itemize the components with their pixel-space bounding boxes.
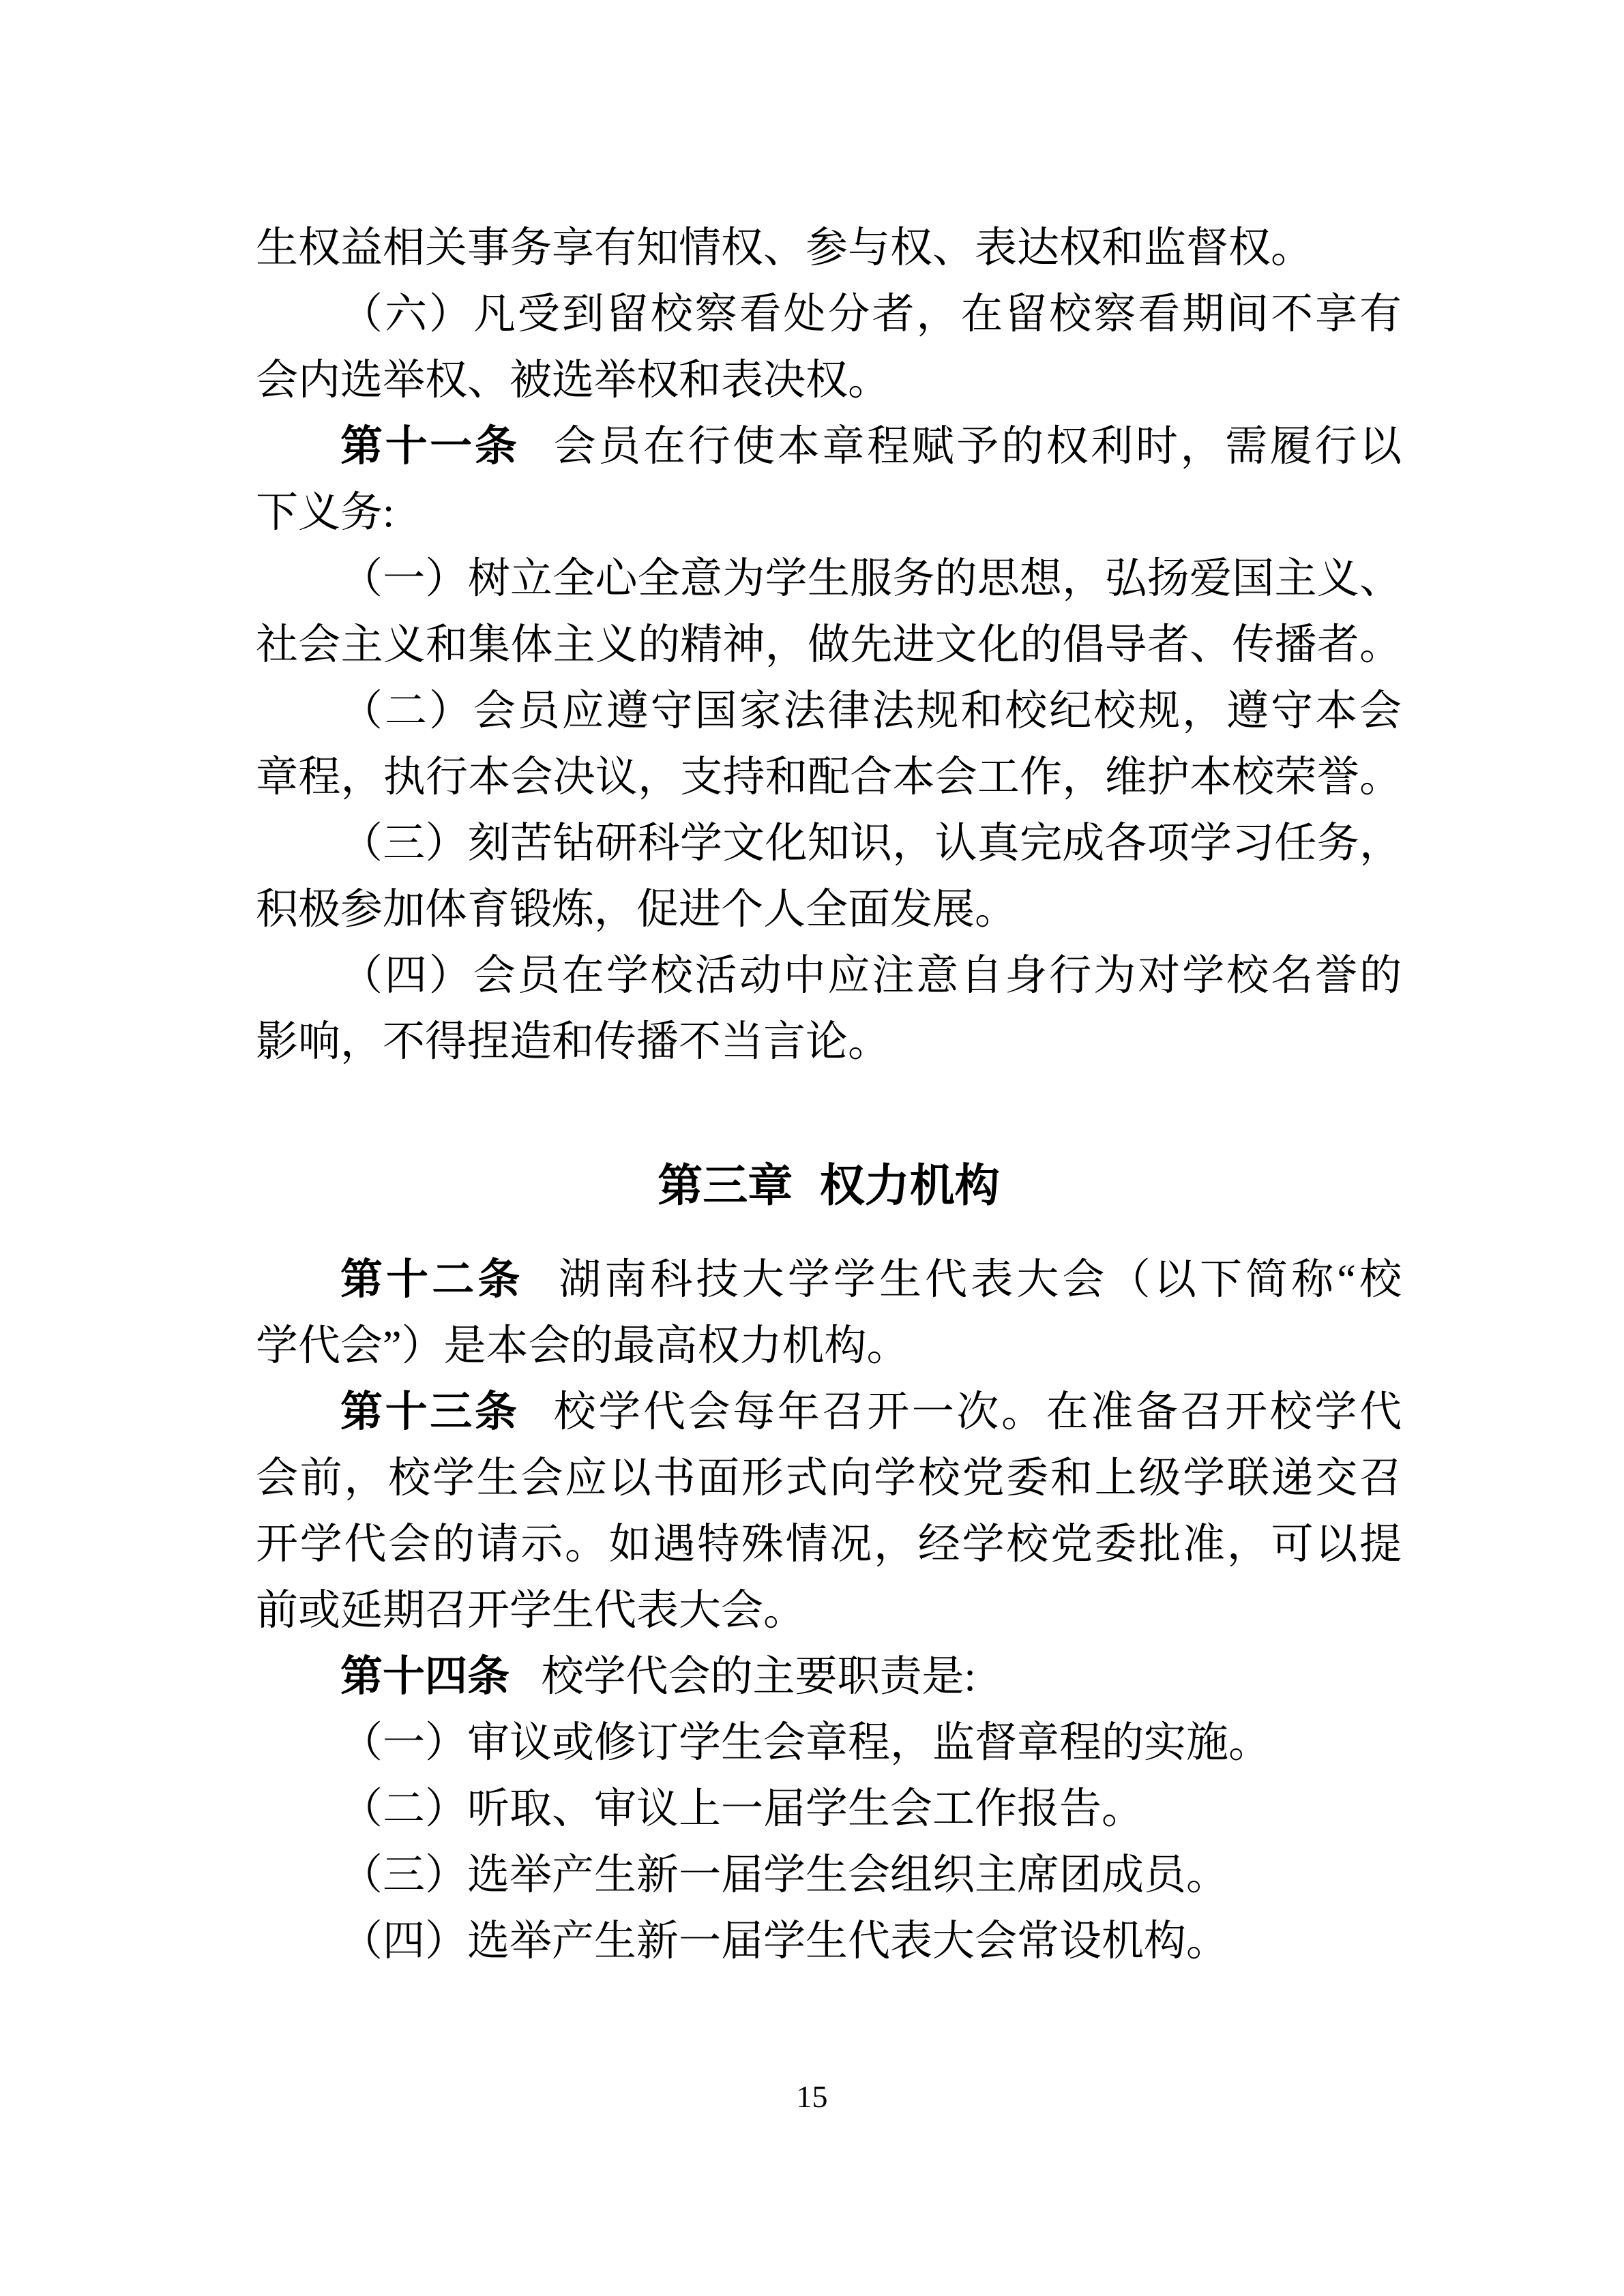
body-line-text: 前或延期召开学生代表大会。	[256, 1587, 806, 1634]
page-number: 15	[0, 2078, 1624, 2115]
body-line-text: （六）凡受到留校察看处分者，在留校察看期间不享有	[340, 291, 1402, 338]
body-line-text: 会前，校学生会应以书面形式向学校党委和上级学联递交召	[256, 1455, 1402, 1502]
body-line: 第十一条会员在行使本章程赋予的权利时，需履行以	[256, 414, 1402, 480]
article-number: 第十三条	[340, 1389, 520, 1435]
body-line-text: 开学代会的请示。如遇特殊情况，经学校党委批准，可以提	[256, 1521, 1402, 1568]
body-line: 第十四条校学代会的主要职责是:	[256, 1644, 1402, 1710]
chapter-title: 权力机构	[820, 1160, 1000, 1210]
body-line: 会内选举权、被选举权和表决权。	[256, 348, 1402, 414]
body-line-text: 学代会”）是本会的最高权力机构。	[256, 1323, 909, 1369]
body-line: （四）会员在学校活动中应注意自身行为对学校名誉的	[256, 943, 1402, 1009]
document-page: 生权益相关事务享有知情权、参与权、表达权和监督权。 （六）凡受到留校察看处分者，…	[0, 0, 1624, 2296]
body-line-text: 社会主义和集体主义的精神，做先进文化的倡导者、传播者。	[256, 622, 1402, 668]
body-line: 会前，校学生会应以书面形式向学校党委和上级学联递交召	[256, 1446, 1402, 1512]
body-line: 社会主义和集体主义的精神，做先进文化的倡导者、传播者。	[256, 612, 1402, 679]
body-line-text: 章程，执行本会决议，支持和配合本会工作，维护本校荣誉。	[256, 754, 1402, 801]
body-line: （二）听取、审议上一届学生会工作报告。	[256, 1776, 1402, 1843]
body-line: 第十三条校学代会每年召开一次。在准备召开校学代	[256, 1380, 1402, 1446]
body-line: 章程，执行本会决议，支持和配合本会工作，维护本校荣誉。	[256, 745, 1402, 811]
body-line: 积极参加体育锻炼，促进个人全面发展。	[256, 877, 1402, 943]
body-line-text: （四）会员在学校活动中应注意自身行为对学校名誉的	[340, 953, 1402, 999]
article-number: 第十一条	[340, 423, 520, 470]
body-line-text: 校学代会的主要职责是:	[542, 1654, 976, 1700]
body-line: 影响，不得捏造和传播不当言论。	[256, 1009, 1402, 1075]
body-line-text: （二）听取、审议上一届学生会工作报告。	[340, 1786, 1144, 1832]
body-line-text: （四）选举产生新一届学生代表大会常设机构。	[340, 1918, 1228, 1965]
body-line-text: （二）会员应遵守国家法律法规和校纪校规，遵守本会	[340, 688, 1402, 734]
body-line-text: 生权益相关事务享有知情权、参与权、表达权和监督权。	[256, 225, 1313, 271]
body-line-text: 会内选举权、被选举权和表决权。	[256, 357, 890, 404]
body-line: 生权益相关事务享有知情权、参与权、表达权和监督权。	[256, 215, 1402, 282]
body-line-text: （一）树立全心全意为学生服务的思想，弘扬爱国主义、	[340, 556, 1402, 602]
body-line: （一）树立全心全意为学生服务的思想，弘扬爱国主义、	[256, 546, 1402, 612]
body-line-text: （三）刻苦钻研科学文化知识，认真完成各项学习任务，	[340, 820, 1402, 867]
body-line-text: 积极参加体育锻炼，促进个人全面发展。	[256, 886, 1017, 933]
body-line: （三）刻苦钻研科学文化知识，认真完成各项学习任务，	[256, 811, 1402, 877]
body-line: 下义务:	[256, 480, 1402, 546]
body-line: （一）审议或修订学生会章程，监督章程的实施。	[256, 1710, 1402, 1776]
article-number: 第十二条	[340, 1257, 524, 1303]
body-line: 学代会”）是本会的最高权力机构。	[256, 1313, 1402, 1380]
body-line-text: （三）选举产生新一届学生会组织主席团成员。	[340, 1852, 1228, 1898]
body-line-text: 会员在行使本章程赋予的权利时，需履行以	[551, 423, 1402, 470]
body-line: （六）凡受到留校察看处分者，在留校察看期间不享有	[256, 282, 1402, 348]
body-line: （四）选举产生新一届学生代表大会常设机构。	[256, 1909, 1402, 1975]
body-line: 第十二条湖南科技大学学生代表大会（以下简称“校	[256, 1247, 1402, 1313]
body-line-text: 影响，不得捏造和传播不当言论。	[256, 1019, 890, 1065]
body-line-text: 下义务:	[256, 490, 394, 536]
body-line: 前或延期召开学生代表大会。	[256, 1578, 1402, 1644]
body-line: 开学代会的请示。如遇特殊情况，经学校党委批准，可以提	[256, 1512, 1402, 1578]
body-line-text: 湖南科技大学学生代表大会（以下简称“校	[555, 1257, 1402, 1303]
body-line: （二）会员应遵守国家法律法规和校纪校规，遵守本会	[256, 679, 1402, 745]
chapter-heading: 第三章权力机构	[256, 1152, 1402, 1219]
body-line: （三）选举产生新一届学生会组织主席团成员。	[256, 1843, 1402, 1909]
document-body: 生权益相关事务享有知情权、参与权、表达权和监督权。 （六）凡受到留校察看处分者，…	[256, 215, 1402, 1975]
body-line-text: （一）审议或修订学生会章程，监督章程的实施。	[340, 1720, 1271, 1766]
article-number: 第十四条	[340, 1654, 510, 1700]
chapter-number: 第三章	[658, 1160, 793, 1210]
body-line-text: 校学代会每年召开一次。在准备召开校学代	[551, 1389, 1402, 1435]
